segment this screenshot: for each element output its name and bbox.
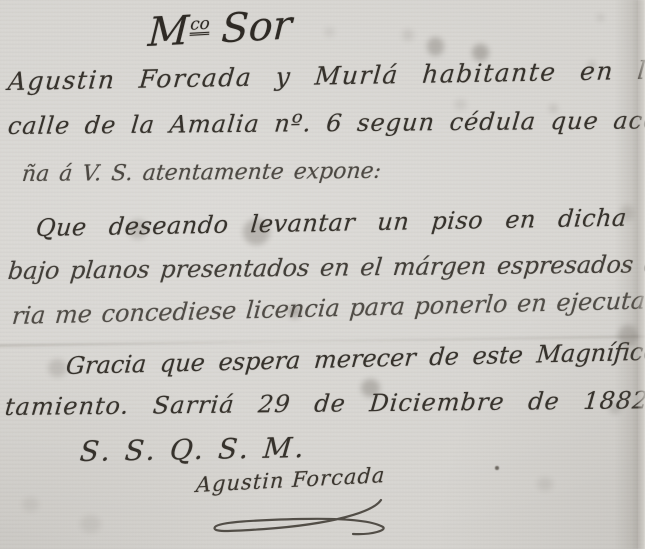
body-line-3: ña á V. S. atentamente expone: xyxy=(21,158,383,189)
paper-edge-highlight xyxy=(638,0,645,549)
salutation: McoSor xyxy=(147,0,294,58)
dateline: tamiento. Sarriá 29 de Diciembre de 1882… xyxy=(4,385,645,422)
ink-stain xyxy=(324,27,335,37)
ink-stain xyxy=(597,14,604,21)
body-line-4: Que deseando levantar un piso en dicha c… xyxy=(35,201,645,243)
salutation-superscript: co xyxy=(190,12,211,33)
ink-stain xyxy=(22,497,39,512)
body-line-2: calle de la Amalia nº. 6 segun cédula qu… xyxy=(7,105,645,141)
body-line-5: bajo planos presentados en el márgen esp… xyxy=(7,248,645,286)
ink-stain xyxy=(427,37,444,56)
ink-stain xyxy=(80,515,101,533)
signature: Agustin Forcada xyxy=(195,462,386,498)
manuscript-page: McoSor Agustin Forcada y Murlá habitante… xyxy=(0,0,645,549)
ink-stain xyxy=(495,466,499,470)
signature-flourish xyxy=(205,496,390,541)
ink-stain xyxy=(402,29,414,41)
salutation-title: Sor xyxy=(220,2,293,52)
courtesy-formula: S. S. Q. S. M. xyxy=(78,430,308,469)
ink-stain xyxy=(537,477,553,491)
body-line-6: ria me concediese licencia para ponerlo … xyxy=(11,284,645,331)
body-line-1: Agustin Forcada y Murlá habitante en la xyxy=(7,55,645,98)
ink-stain xyxy=(48,359,67,377)
salutation-initial: M xyxy=(147,8,190,56)
